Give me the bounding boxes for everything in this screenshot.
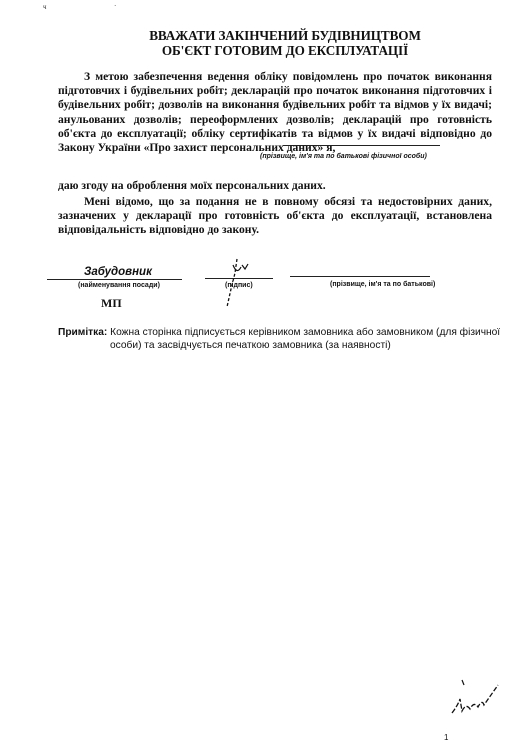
note-label: Примітка: — [58, 327, 107, 338]
name-caption: (прізвище, ім'я та по батькові фізичної … — [260, 153, 427, 160]
document-title: ВВАЖАТИ ЗАКІНЧЕНИЙ БУДІВНИЦТВОМ ОБ'ЄКТ Г… — [120, 28, 450, 58]
handwritten-signature-icon — [215, 255, 255, 315]
stamp-label: МП — [101, 296, 122, 311]
position-value: Забудовник — [84, 266, 152, 278]
document-page: ч · ВВАЖАТИ ЗАКІНЧЕНИЙ БУДІВНИЦТВОМ ОБ'Є… — [0, 0, 530, 750]
title-line-2: ОБ'ЄКТ ГОТОВИМ ДО ЕКСПЛУАТАЦІЇ — [120, 43, 450, 58]
scan-mark: ч — [43, 3, 47, 11]
page-number: 1 — [444, 733, 448, 742]
consent-continuation: даю згоду на оброблення моїх персональни… — [58, 179, 326, 192]
note-text-line-1: Кожна сторінка підписується керівником з… — [110, 327, 500, 338]
title-line-1: ВВАЖАТИ ЗАКІНЧЕНИЙ БУДІВНИЦТВОМ — [120, 28, 450, 43]
page-initials-signature-icon — [448, 675, 508, 725]
position-underline — [47, 279, 182, 280]
note-block: Примітка: Кожна сторінка підписується ке… — [58, 327, 508, 352]
position-caption: (найменування посади) — [78, 282, 160, 289]
scan-mark: · — [114, 2, 116, 10]
consent-paragraph: З метою забезпечення ведення обліку пові… — [58, 70, 492, 155]
responsibility-paragraph: Мені відомо, що за подання не в повному … — [58, 195, 492, 238]
full-name-caption: (прізвище, ім'я та по батькові) — [330, 281, 435, 288]
name-underline — [283, 145, 440, 146]
note-text-line-2: особи) та засвідчується печаткою замовни… — [58, 340, 508, 353]
full-name-underline — [290, 276, 430, 277]
